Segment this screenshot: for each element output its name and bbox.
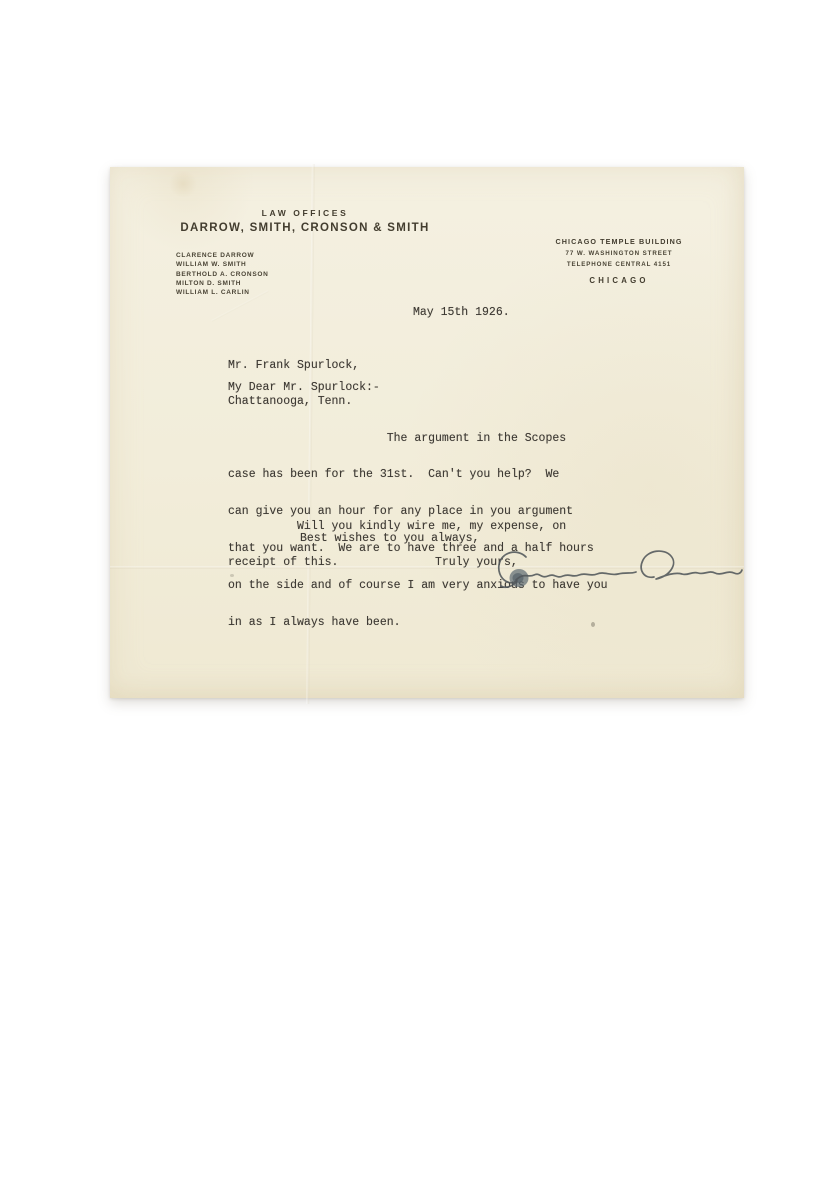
- partner-list: CLARENCE DARROW WILLIAM W. SMITH BERTHOL…: [176, 251, 269, 297]
- firm-block: LAW OFFICES DARROW, SMITH, CRONSON & SMI…: [150, 208, 460, 234]
- partner-name: MILTON D. SMITH: [176, 279, 269, 288]
- partner-name: WILLIAM L. CARLIN: [176, 288, 269, 297]
- salutation: My Dear Mr. Spurlock:-: [228, 382, 380, 394]
- office-city: CHICAGO: [514, 276, 724, 285]
- signature-stroke-darrow: [641, 551, 742, 579]
- partner-name: BERTHOLD A. CRONSON: [176, 270, 269, 279]
- office-building: CHICAGO TEMPLE BUILDING: [514, 237, 724, 246]
- partner-name: CLARENCE DARROW: [176, 251, 269, 260]
- recipient-city: Chattanooga, Tenn.: [228, 396, 359, 408]
- office-telephone: TELEPHONE CENTRAL 4151: [514, 261, 724, 268]
- office-street: 77 W. WASHINGTON STREET: [514, 250, 724, 257]
- paper-stain: [168, 171, 198, 197]
- recipient-name: Mr. Frank Spurlock,: [228, 360, 359, 372]
- law-offices-label: LAW OFFICES: [150, 208, 460, 218]
- body-line: case has been for the 31st. Can't you he…: [228, 469, 608, 481]
- date-line: May 15th 1926.: [413, 307, 510, 319]
- signature-clarence-darrow: [484, 545, 746, 599]
- office-address-block: CHICAGO TEMPLE BUILDING 77 W. WASHINGTON…: [514, 237, 724, 285]
- closing-wishes: Best wishes to you always,: [300, 533, 479, 545]
- letter-document: LAW OFFICES DARROW, SMITH, CRONSON & SMI…: [110, 167, 744, 698]
- scan-background: { "colors": { "background": "#ffffff", "…: [0, 0, 819, 1197]
- body-line: The argument in the Scopes: [228, 433, 608, 445]
- partner-name: WILLIAM W. SMITH: [176, 260, 269, 269]
- signature-stroke-clarence-tail: [516, 572, 636, 580]
- body-line: in as I always have been.: [228, 617, 608, 629]
- firm-name: DARROW, SMITH, CRONSON & SMITH: [150, 222, 460, 234]
